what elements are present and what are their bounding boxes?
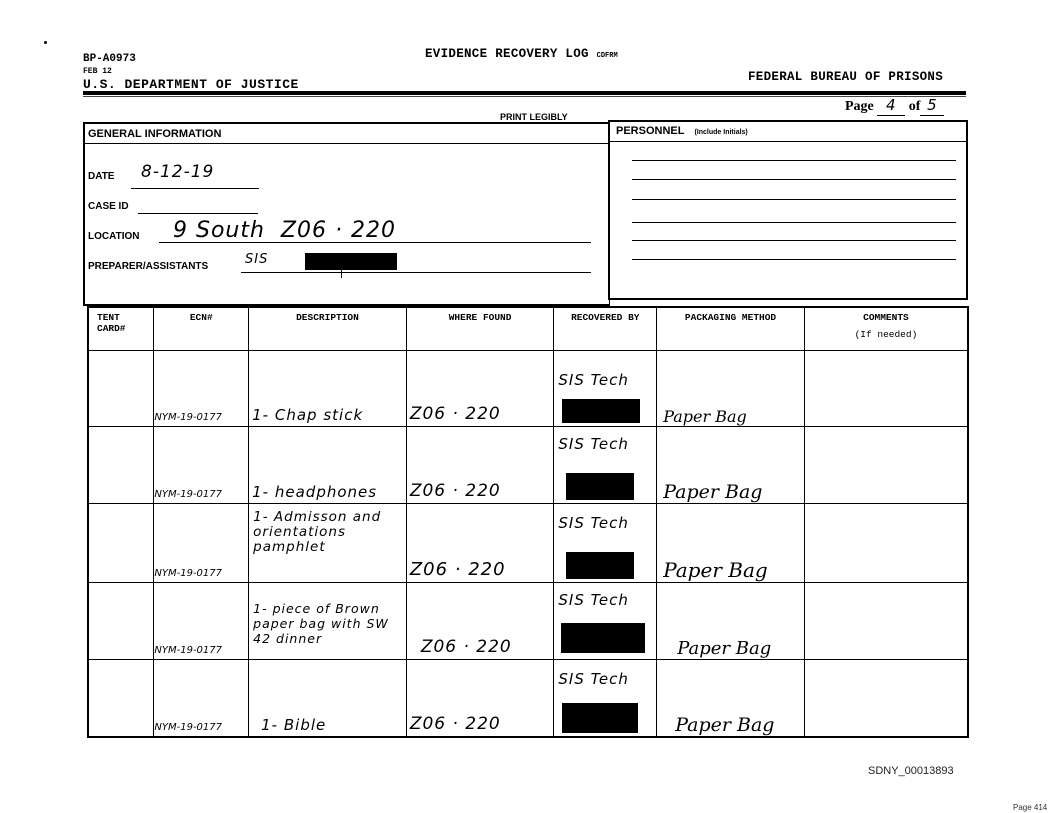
recovered-by-cell[interactable]: SIS Tech	[554, 660, 657, 737]
preparer-underline	[241, 272, 591, 273]
ecn-value: NYM-19-0177	[154, 489, 222, 500]
redaction-box	[566, 473, 634, 500]
print-legibly-note: PRINT LEGIBLY	[500, 112, 568, 122]
description-cell[interactable]: 1- Chap stick	[249, 351, 407, 427]
where-found-value: Z06 · 220	[410, 404, 501, 424]
ecn-value: NYM-19-0177	[154, 722, 222, 733]
comments-cell[interactable]	[804, 504, 968, 583]
description-value: 1- Admisson and orientations pamphlet	[253, 510, 406, 555]
packaging-value: Paper Bag	[663, 481, 762, 503]
packaging-cell[interactable]: Paper Bag	[657, 583, 805, 660]
ecn-value: NYM-19-0177	[154, 568, 222, 579]
description-cell[interactable]: 1- piece of Brown paper bag with SW 42 d…	[249, 583, 407, 660]
personnel-line-1[interactable]	[632, 160, 956, 161]
table-row: NYM-19-0177 1- Bible Z06 · 220 SIS Tech …	[88, 660, 968, 737]
comments-cell[interactable]	[804, 351, 968, 427]
ecn-cell[interactable]: NYM-19-0177	[154, 351, 249, 427]
tent-card-cell[interactable]	[88, 660, 154, 737]
date-label: DATE	[88, 171, 114, 182]
comments-cell[interactable]	[804, 583, 968, 660]
form-number: BP-A0973	[83, 53, 136, 65]
where-found-value: Z06 · 220	[410, 559, 506, 580]
personnel-heading-text: PERSONNEL	[616, 125, 684, 137]
page-indicator: Page 4 of5	[845, 96, 944, 116]
page-label: Page	[845, 99, 874, 114]
packaging-cell[interactable]: Paper Bag	[657, 504, 805, 583]
form-date: FEB 12	[83, 67, 112, 76]
case-id-underline	[138, 213, 258, 214]
table-row: NYM-19-0177 1- headphones Z06 · 220 SIS …	[88, 427, 968, 504]
where-found-value: Z06 · 220	[421, 637, 512, 657]
table-header-row: TENT CARD# ECN# DESCRIPTION WHERE FOUND …	[88, 307, 968, 351]
ecn-value: NYM-19-0177	[154, 645, 222, 656]
recovered-by-cell[interactable]: SIS Tech	[554, 351, 657, 427]
where-found-value: Z06 · 220	[410, 481, 501, 501]
case-id-label: CASE ID	[88, 201, 129, 212]
packaging-value: Paper Bag	[663, 407, 747, 426]
preparer-label: PREPARER/ASSISTANTS	[88, 261, 208, 272]
column-header-packaging: PACKAGING METHOD	[657, 307, 805, 351]
where-found-cell[interactable]: Z06 · 220	[406, 660, 554, 737]
bureau-name: FEDERAL BUREAU OF PRISONS	[748, 70, 943, 84]
column-header-comments: COMMENTS (If needed)	[804, 307, 968, 351]
general-information-heading: GENERAL INFORMATION	[85, 124, 609, 144]
table-row: NYM-19-0177 1- Admisson and orientations…	[88, 504, 968, 583]
document-title-text: EVIDENCE RECOVERY LOG	[425, 47, 589, 61]
department-name: U.S. DEPARTMENT OF JUSTICE	[83, 77, 299, 92]
description-value: 1- piece of Brown paper bag with SW 42 d…	[253, 601, 406, 646]
recovered-by-value: SIS Tech	[558, 514, 629, 532]
description-cell[interactable]: 1- Bible	[249, 660, 407, 737]
location-field[interactable]: 9 South Z06 · 220	[173, 218, 396, 243]
page-total-value: 5	[927, 96, 938, 114]
tent-card-cell[interactable]	[88, 583, 154, 660]
column-header-tent-card: TENT CARD#	[88, 307, 154, 351]
comments-sublabel: (If needed)	[805, 329, 967, 340]
header-rule-thin	[83, 96, 966, 97]
preparer-field[interactable]: SIS	[245, 252, 268, 267]
general-information-section: GENERAL INFORMATION DATE 8-12-19 CASE ID…	[83, 122, 610, 306]
packaging-value: Paper Bag	[675, 714, 774, 736]
header-rule	[83, 91, 966, 95]
description-value: 1- Chap stick	[252, 406, 363, 424]
bates-number: SDNY_00013893	[868, 765, 954, 777]
page-current-field[interactable]: 4	[877, 96, 905, 116]
redaction-box	[562, 703, 638, 733]
comments-cell[interactable]	[804, 660, 968, 737]
column-header-description: DESCRIPTION	[249, 307, 407, 351]
tent-card-cell[interactable]	[88, 427, 154, 504]
personnel-section: PERSONNEL(Include Initials)	[608, 120, 968, 300]
scan-speck	[44, 41, 47, 44]
where-found-cell[interactable]: Z06 · 220	[406, 504, 554, 583]
description-cell[interactable]: 1- Admisson and orientations pamphlet	[249, 504, 407, 583]
comments-label: COMMENTS	[805, 312, 967, 323]
recovered-by-value: SIS Tech	[558, 591, 629, 609]
footer-page-number: Page 414	[1013, 803, 1047, 812]
document-title-suffix: CDFRM	[597, 52, 618, 60]
description-cell[interactable]: 1- headphones	[249, 427, 407, 504]
personnel-line-2[interactable]	[632, 179, 956, 180]
table-row: NYM-19-0177 1- Chap stick Z06 · 220 SIS …	[88, 351, 968, 427]
recovered-by-cell[interactable]: SIS Tech	[554, 504, 657, 583]
where-found-cell[interactable]: Z06 · 220	[406, 427, 554, 504]
table-row: NYM-19-0177 1- piece of Brown paper bag …	[88, 583, 968, 660]
ecn-cell[interactable]: NYM-19-0177	[154, 427, 249, 504]
page-of-label: of	[909, 99, 921, 114]
tent-card-cell[interactable]	[88, 504, 154, 583]
ecn-cell[interactable]: NYM-19-0177	[154, 660, 249, 737]
redaction-tick	[341, 270, 342, 278]
recovered-by-value: SIS Tech	[558, 670, 629, 688]
packaging-cell[interactable]: Paper Bag	[657, 660, 805, 737]
column-header-ecn: ECN#	[154, 307, 249, 351]
date-underline	[131, 188, 259, 189]
ecn-cell[interactable]: NYM-19-0177	[154, 583, 249, 660]
packaging-cell[interactable]: Paper Bag	[657, 351, 805, 427]
packaging-cell[interactable]: Paper Bag	[657, 427, 805, 504]
redaction-box	[561, 623, 645, 653]
description-value: 1- headphones	[252, 483, 377, 501]
personnel-line-6[interactable]	[632, 259, 956, 260]
evidence-table: TENT CARD# ECN# DESCRIPTION WHERE FOUND …	[87, 306, 969, 738]
personnel-subheading: (Include Initials)	[694, 129, 747, 136]
redaction-box	[562, 399, 640, 423]
recovered-by-value: SIS Tech	[558, 435, 629, 453]
ecn-cell[interactable]: NYM-19-0177	[154, 504, 249, 583]
page-current-value: 4	[886, 96, 897, 114]
where-found-cell[interactable]: Z06 · 220	[406, 351, 554, 427]
personnel-line-3[interactable]	[632, 199, 956, 200]
personnel-line-4[interactable]	[632, 222, 956, 223]
packaging-value: Paper Bag	[663, 558, 767, 582]
page-total-field[interactable]: 5	[920, 96, 944, 116]
document-title: EVIDENCE RECOVERY LOG CDFRM	[425, 47, 618, 61]
recovered-by-cell[interactable]: SIS Tech	[554, 583, 657, 660]
where-found-value: Z06 · 220	[410, 714, 501, 734]
description-value: 1- Bible	[261, 716, 326, 734]
recovered-by-value: SIS Tech	[558, 371, 629, 389]
personnel-heading: PERSONNEL(Include Initials)	[610, 122, 966, 142]
column-header-where-found: WHERE FOUND	[406, 307, 554, 351]
where-found-cell[interactable]: Z06 · 220	[406, 583, 554, 660]
recovered-by-cell[interactable]: SIS Tech	[554, 427, 657, 504]
personnel-line-5[interactable]	[632, 240, 956, 241]
location-label: LOCATION	[88, 231, 139, 242]
column-header-recovered-by: RECOVERED BY	[554, 307, 657, 351]
redaction-box	[305, 253, 397, 270]
date-field[interactable]: 8-12-19	[141, 162, 214, 182]
ecn-value: NYM-19-0177	[154, 412, 222, 423]
packaging-value: Paper Bag	[677, 638, 771, 659]
tent-card-cell[interactable]	[88, 351, 154, 427]
comments-cell[interactable]	[804, 427, 968, 504]
redaction-box	[566, 552, 634, 579]
